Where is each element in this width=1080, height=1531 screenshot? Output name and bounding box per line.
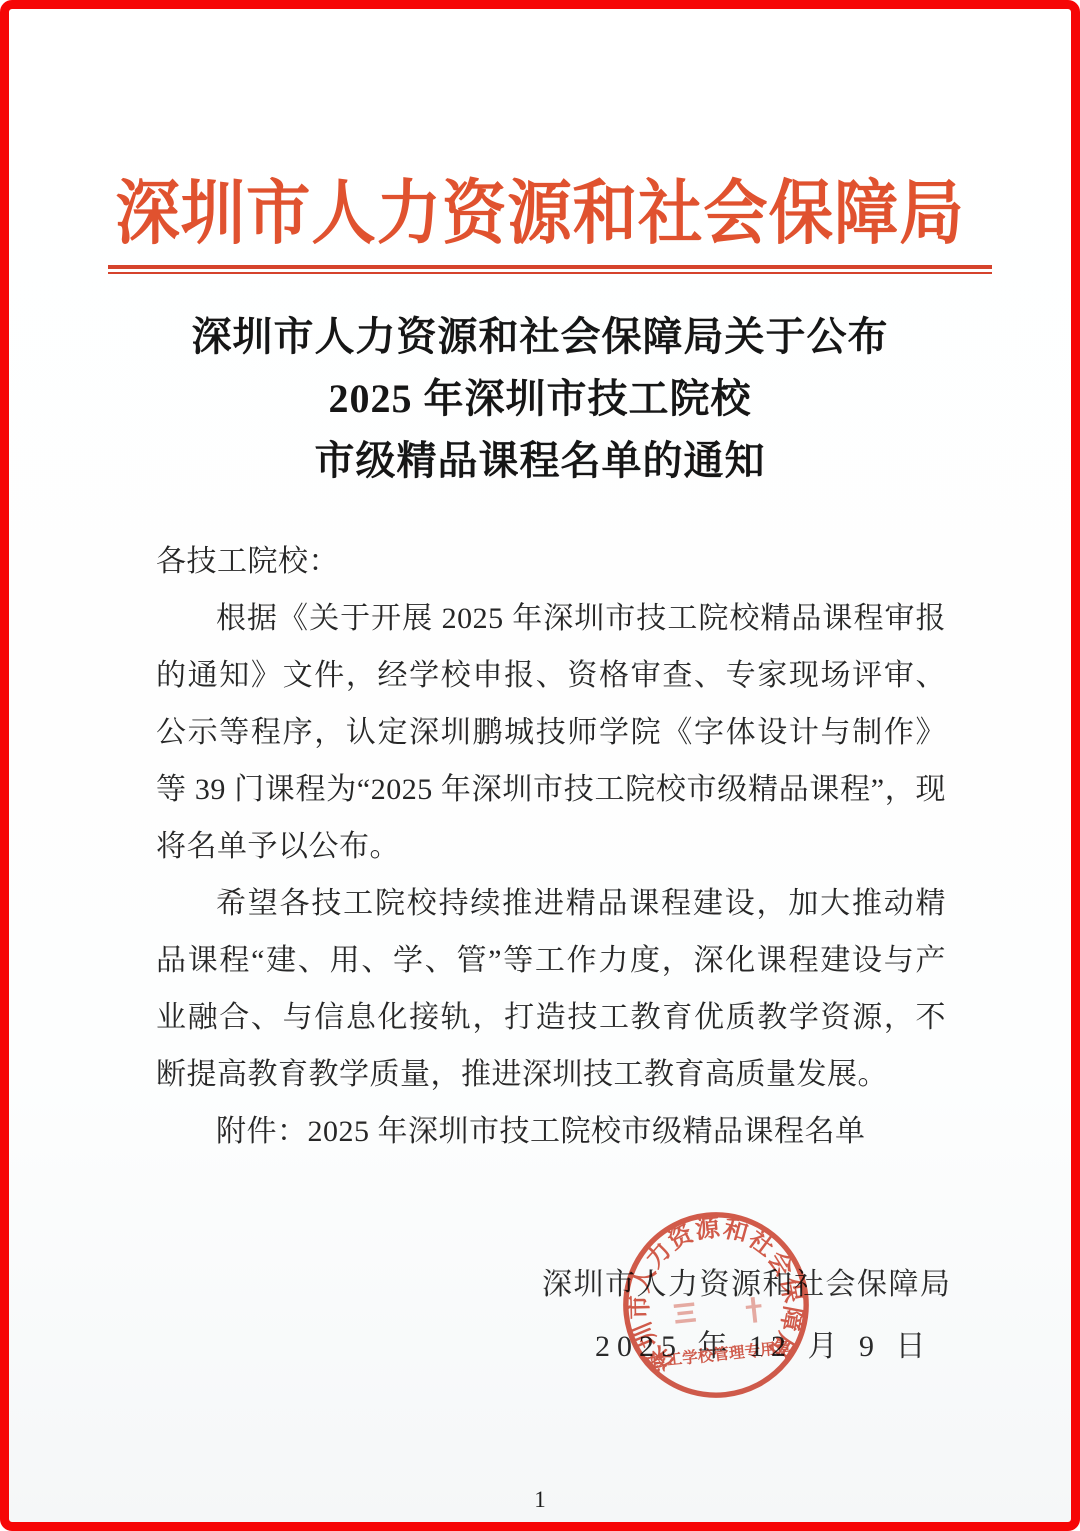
letterhead-agency-name: 深圳市人力资源和社会保障局	[51, 157, 1028, 258]
salutation: 各技工院校：	[156, 533, 946, 590]
letterhead-divider	[108, 265, 992, 274]
page-number: 1	[9, 1487, 1071, 1513]
document-title-line-1: 深圳市人力资源和社会保障局关于公布	[9, 306, 1071, 368]
official-seal-stamp-icon: 深圳市人力资源和社会保障局 技工学校管理专用章	[608, 1197, 823, 1412]
document-page: 深圳市人力资源和社会保障局 深圳市人力资源和社会保障局关于公布 2025 年深圳…	[0, 0, 1080, 1531]
document-title-line-2: 2025 年深圳市技工院校	[9, 368, 1071, 430]
document-title-line-3: 市级精品课程名单的通知	[9, 430, 1071, 492]
attachment-line: 附件：2025 年深圳市技工院校市级精品课程名单	[156, 1103, 946, 1160]
body-paragraph-1: 根据《关于开展 2025 年深圳市技工院校精品课程审报的通知》文件，经学校申报、…	[156, 590, 946, 875]
document-body: 各技工院校： 根据《关于开展 2025 年深圳市技工院校精品课程审报的通知》文件…	[156, 533, 946, 1160]
seal-center-marks-icon	[674, 1295, 764, 1330]
document-title: 深圳市人力资源和社会保障局关于公布 2025 年深圳市技工院校 市级精品课程名单…	[9, 306, 1071, 492]
body-paragraph-2: 希望各技工院校持续推进精品课程建设，加大推动精品课程“建、用、学、管”等工作力度…	[156, 875, 946, 1103]
seal-bottom-text: 技工学校管理专用章	[649, 1337, 793, 1371]
